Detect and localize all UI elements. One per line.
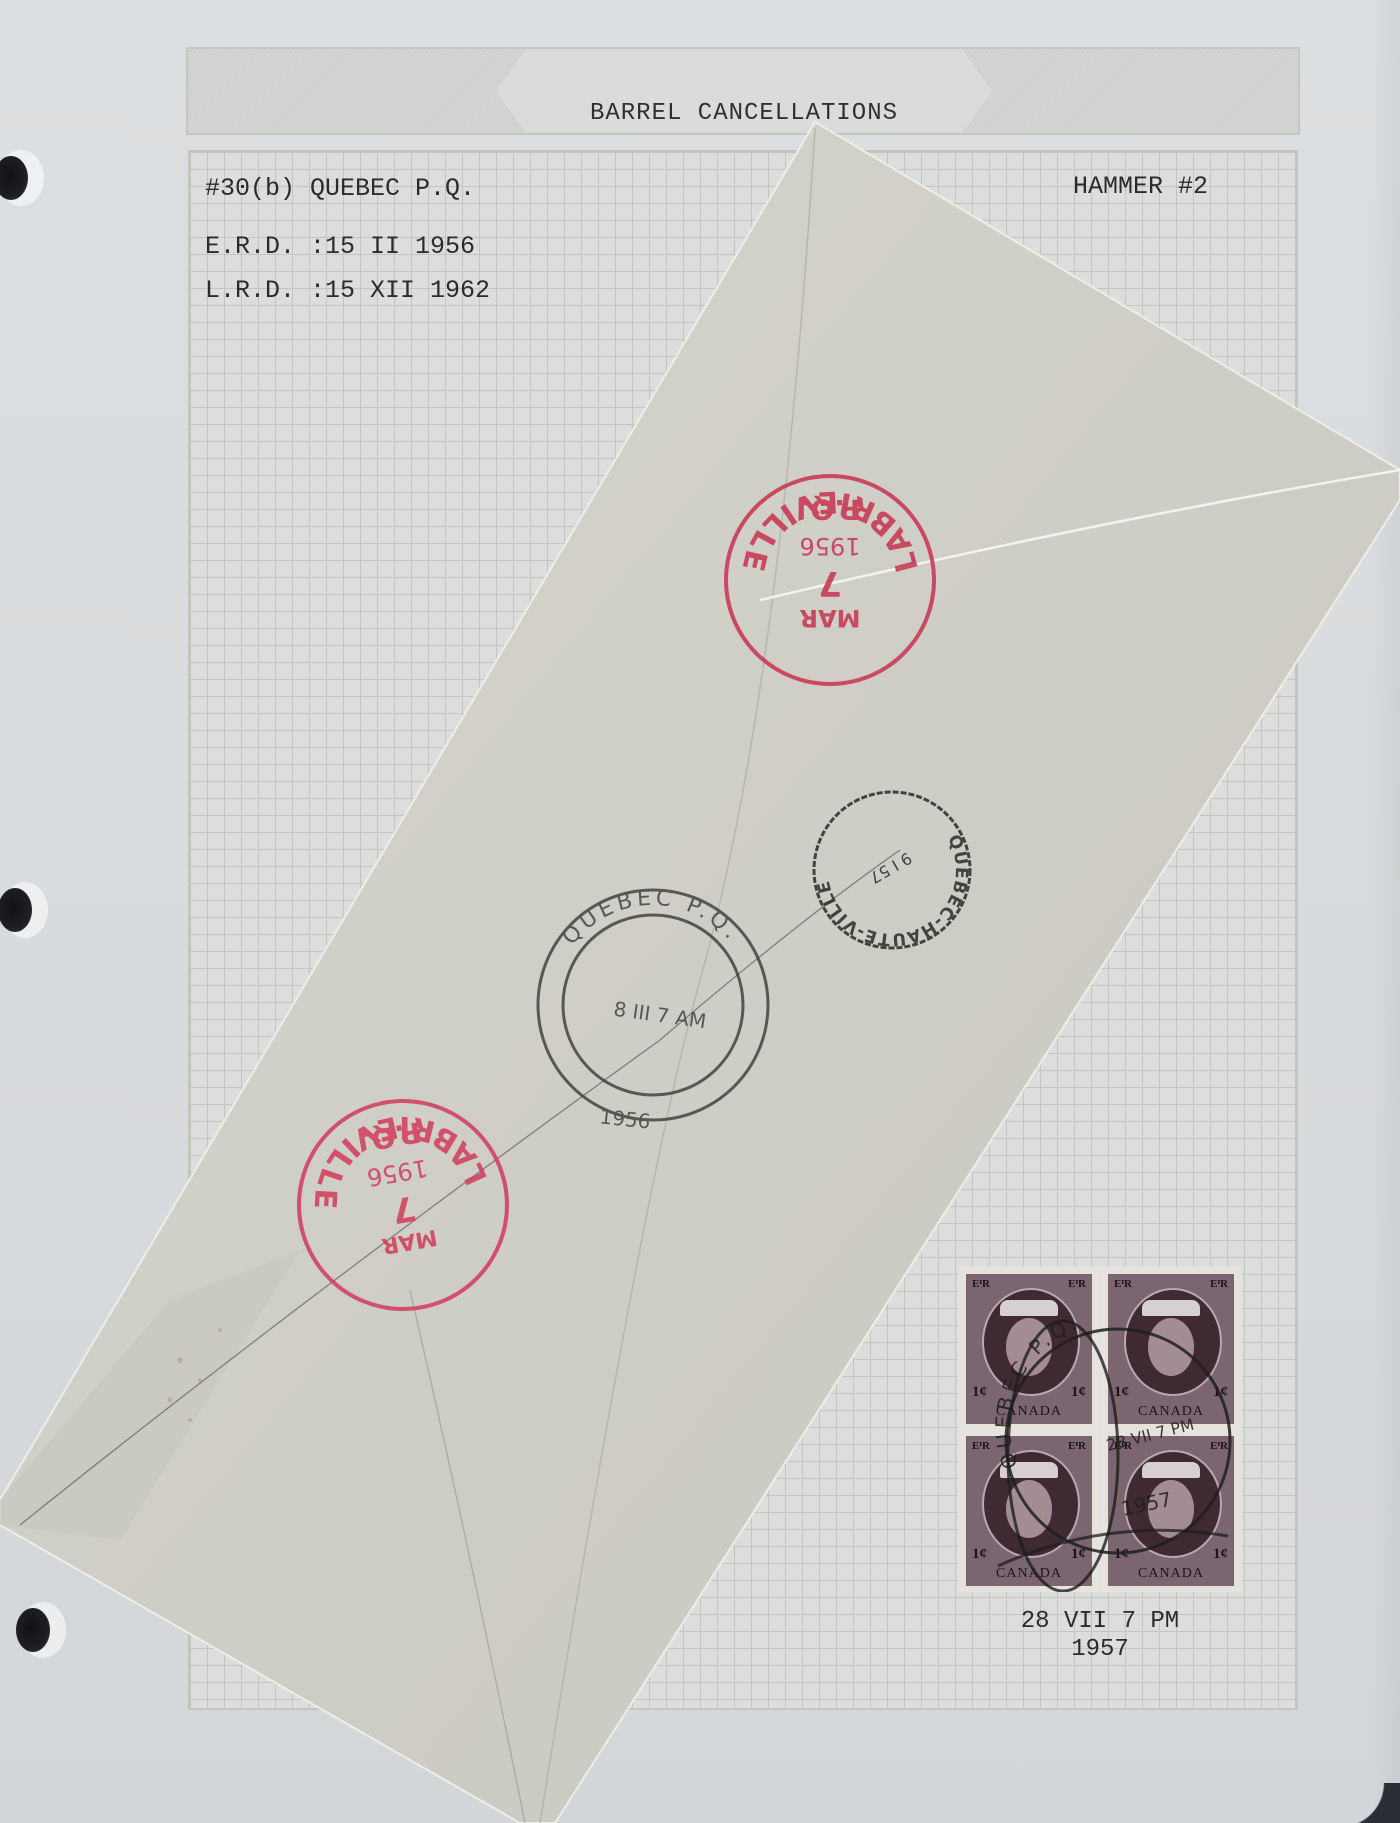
binder-hole-top [0,156,28,200]
svg-text:1957: 1957 [1119,1487,1174,1521]
page-title: BARREL CANCELLATIONS [496,100,992,127]
page-edge-shadow [1370,0,1400,1823]
lrd-line: L.R.D. :15 XII 1962 [205,276,490,305]
stamp-caption-year: 1957 [950,1636,1250,1663]
barrel-cancel: QUEBEC P.Q. 28 VII 7 PM 1957 [958,1266,1242,1592]
hammer-label: HAMMER #2 [1073,172,1208,201]
erd-line: E.R.D. :15 II 1956 [205,232,475,261]
svg-text:28 VII 7 PM: 28 VII 7 PM [1104,1415,1196,1455]
album-page: BARREL CANCELLATIONS #30(b) QUEBEC P.Q. … [0,0,1400,1823]
binder-hole-middle [0,888,32,932]
stamp-block: EᴵR EᴵR 1¢ 1¢ CANADA EᴵR EᴵR 1¢ 1¢ CANAD… [958,1266,1242,1592]
svg-text:QUEBEC P.Q.: QUEBEC P.Q. [991,1310,1084,1472]
entry-heading: #30(b) QUEBEC P.Q. [205,174,475,203]
binder-hole-bottom [16,1608,50,1652]
stamp-caption-date: 28 VII 7 PM [950,1608,1250,1635]
binder-corner [1340,1783,1400,1823]
